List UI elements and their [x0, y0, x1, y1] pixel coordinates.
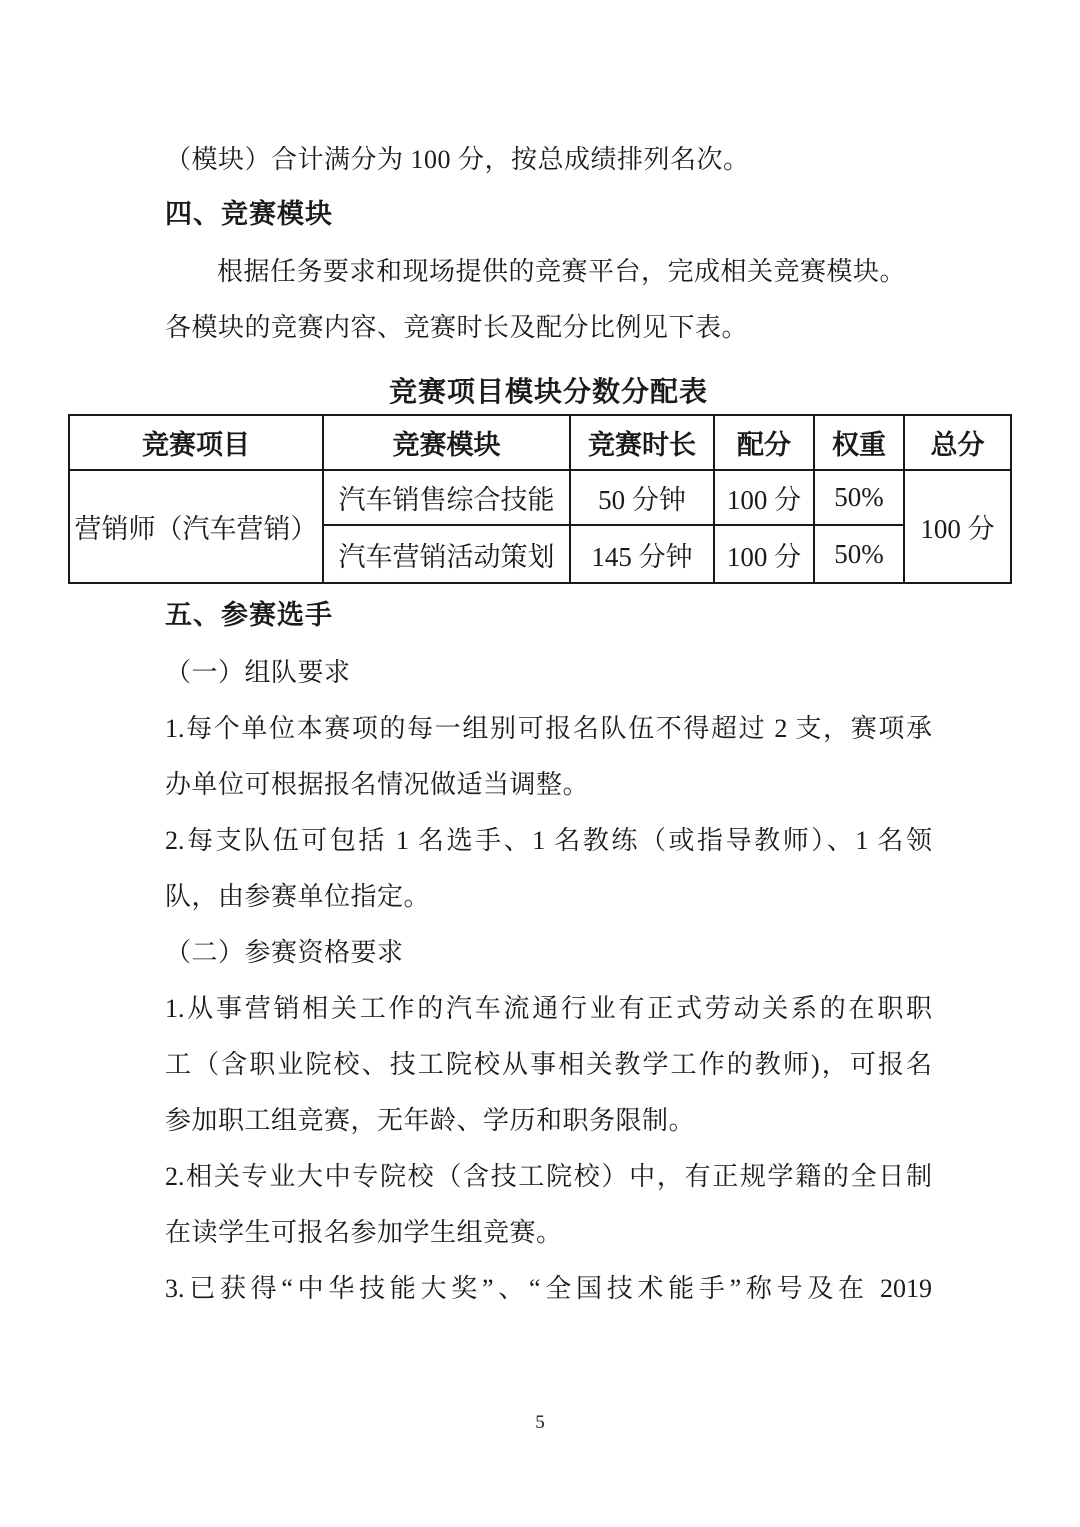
cell-duration: 50 分钟	[570, 470, 714, 525]
score-table: 竞赛项目 竞赛模块 竞赛时长 配分 权重 总分 营销师（汽车营销） 汽车销售综合…	[68, 414, 1012, 584]
body-line: 办单位可根据报名情况做适当调整。	[165, 769, 589, 802]
page-number: 5	[0, 1412, 1080, 1434]
cell-score: 100 分	[714, 470, 814, 525]
header-total: 总分	[904, 415, 1011, 470]
cell-weight: 50%	[814, 470, 904, 525]
document-page: （模块）合计满分为 100 分，按总成绩排列名次。 四、竞赛模块 根据任务要求和…	[0, 0, 1080, 1527]
sub1-heading: （一）组队要求	[165, 657, 351, 690]
table-row: 营销师（汽车营销） 汽车销售综合技能 50 分钟 100 分 50% 100 分	[69, 470, 1011, 525]
cell-module: 汽车销售综合技能	[323, 470, 570, 525]
body-line: 在读学生可报名参加学生组竞赛。	[165, 1217, 563, 1250]
body-line: 1.每个单位本赛项的每一组别可报名队伍不得超过 2 支，赛项承	[165, 713, 932, 746]
section5-heading: 五、参赛选手	[165, 599, 333, 633]
body-line: 1.从事营销相关工作的汽车流通行业有正式劳动关系的在职职	[165, 993, 932, 1026]
body-line: 队，由参赛单位指定。	[165, 881, 430, 914]
cell-score: 100 分	[714, 525, 814, 583]
header-weight: 权重	[814, 415, 904, 470]
intro-line: （模块）合计满分为 100 分，按总成绩排列名次。	[165, 144, 750, 177]
body-line: 3.已获得“中华技能大奖”、“全国技术能手”称号及在 2019	[165, 1273, 932, 1306]
score-table-header-row: 竞赛项目 竞赛模块 竞赛时长 配分 权重 总分	[69, 415, 1011, 470]
cell-module: 汽车营销活动策划	[323, 525, 570, 583]
cell-total-score: 100 分	[904, 470, 1011, 583]
body-line: 2.相关专业大中专院校（含技工院校）中，有正规学籍的全日制	[165, 1161, 932, 1194]
body-line: 2.每支队伍可包括 1 名选手、1 名教练（或指导教师）、1 名领	[165, 825, 932, 858]
header-score: 配分	[714, 415, 814, 470]
score-table-title: 竞赛项目模块分数分配表	[165, 370, 932, 410]
sub2-heading: （二）参赛资格要求	[165, 937, 404, 970]
header-module: 竞赛模块	[323, 415, 570, 470]
cell-duration: 145 分钟	[570, 525, 714, 583]
cell-project-name: 营销师（汽车营销）	[69, 470, 323, 583]
section4-paragraph-line2: 各模块的竞赛内容、竞赛时长及配分比例见下表。	[165, 312, 748, 345]
body-line: 工（含职业院校、技工院校从事相关教学工作的教师)，可报名	[165, 1049, 932, 1082]
header-project: 竞赛项目	[69, 415, 323, 470]
section4-heading: 四、竞赛模块	[165, 198, 333, 232]
section4-paragraph-line1: 根据任务要求和现场提供的竞赛平台，完成相关竞赛模块。	[165, 256, 906, 289]
header-duration: 竞赛时长	[570, 415, 714, 470]
body-line: 参加职工组竞赛，无年龄、学历和职务限制。	[165, 1105, 695, 1138]
cell-weight: 50%	[814, 525, 904, 583]
